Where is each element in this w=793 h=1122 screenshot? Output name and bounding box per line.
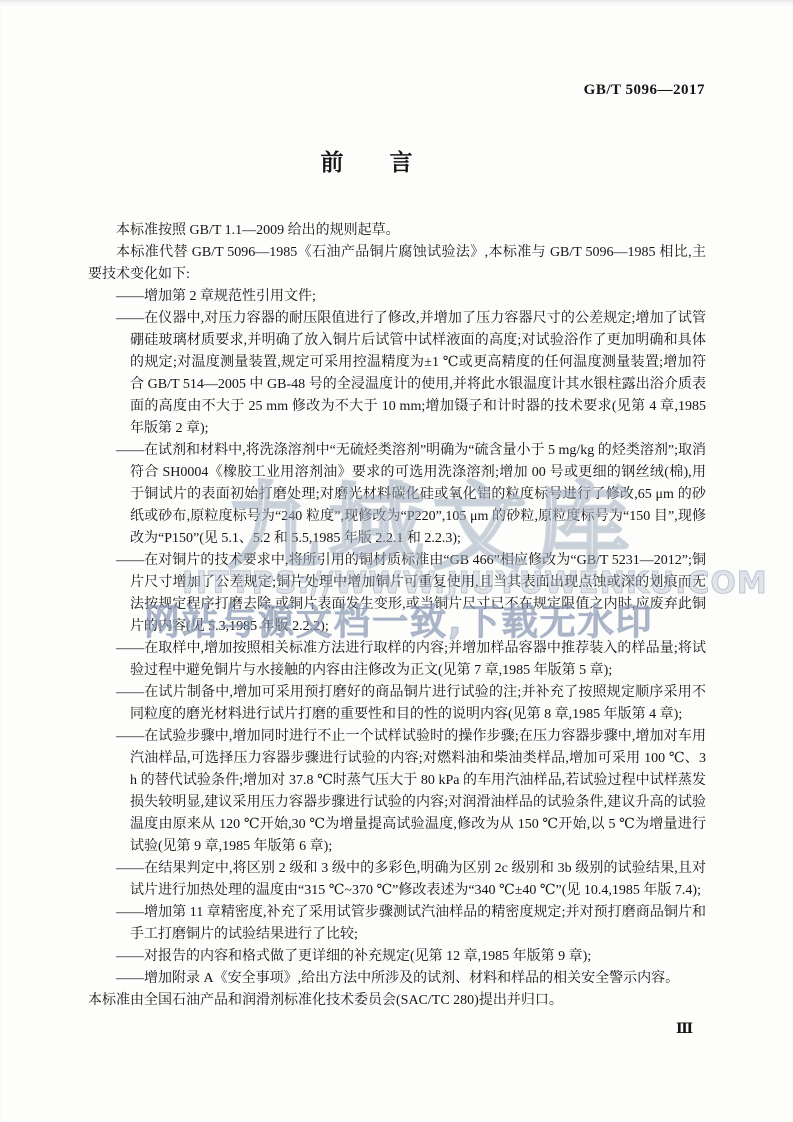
foreword-list-item: ——在结果判定中,将区别 2 级和 3 级中的多彩色,明确为区别 2c 级别和 …: [88, 858, 706, 902]
foreword-list-item: ——在对铜片的技术要求中,将所引用的铜材质标准由“GB 466”相应修改为“GB…: [88, 550, 706, 638]
foreword-list-item: ——增加附录 A《安全事项》,给出方法中所涉及的试剂、材料和样品的相关安全警示内…: [88, 968, 706, 990]
standard-code-header: GB/T 5096—2017: [584, 82, 705, 99]
foreword-list-item: ——在仪器中,对压力容器的耐压限值进行了修改,并增加了压力容器尺寸的公差规定;增…: [88, 308, 706, 440]
document-page: GB/T 5096—2017 前 言 本标准按照 GB/T 1.1—2009 给…: [0, 0, 793, 1122]
foreword-paragraph: 本标准按照 GB/T 1.1—2009 给出的规则起草。: [88, 220, 706, 242]
foreword-paragraph: 本标准代替 GB/T 5096—1985《石油产品铜片腐蚀试验法》,本标准与 G…: [88, 242, 706, 286]
foreword-list-item: ——对报告的内容和格式做了更详细的补充规定(见第 12 章,1985 年版第 9…: [88, 946, 706, 968]
foreword-list-item: ——增加第 2 章规范性引用文件;: [88, 286, 706, 308]
foreword-list-item: ——在取样中,增加按照相关标准方法进行取样的内容;并增加样品容器中推荐装入的样品…: [88, 638, 706, 682]
foreword-list-item: ——在试片制备中,增加可采用预打磨好的商品铜片进行试验的注;并补充了按照规定顺序…: [88, 682, 706, 726]
foreword-list-item: ——增加第 11 章精密度,补充了采用试管步骤测试汽油样品的精密度规定;并对预打…: [88, 902, 706, 946]
foreword-list-item: ——在试验步骤中,增加同时进行不止一个试样试验时的操作步骤;在压力容器步骤中,增…: [88, 726, 706, 858]
page-number: Ⅲ: [676, 1021, 693, 1038]
foreword-paragraph: 本标准由全国石油产品和润滑剂标准化技术委员会(SAC/TC 280)提出并归口。: [88, 990, 706, 1012]
foreword-body: 本标准按照 GB/T 1.1—2009 给出的规则起草。本标准代替 GB/T 5…: [88, 220, 706, 1012]
foreword-list-item: ——在试剂和材料中,将洗涤溶剂中“无硫烃类溶剂”明确为“硫含量小于 5 mg/k…: [88, 440, 706, 550]
page-title: 前 言: [0, 144, 793, 177]
